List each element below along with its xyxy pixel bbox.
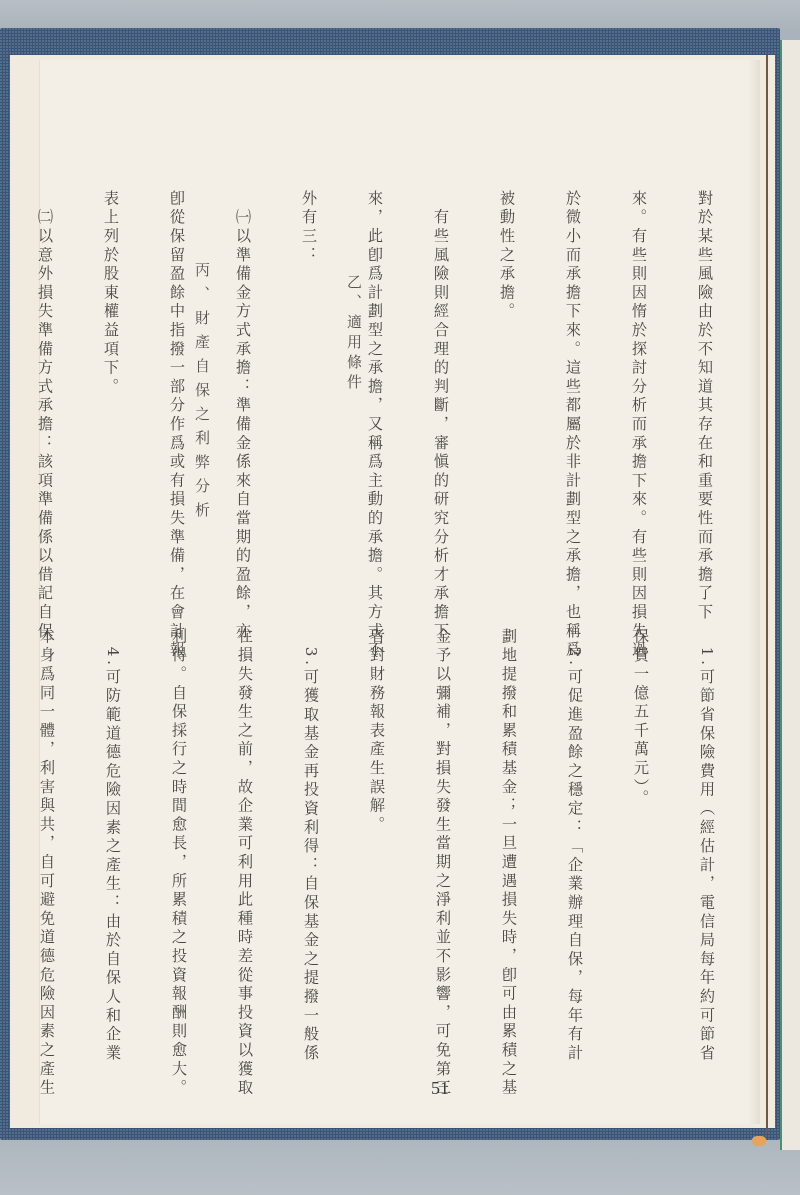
top-text-block: 對於某些風險由於不知道其存在和重要性而承擔了下 來。有些則因惰於探討分析而承擔下… xyxy=(0,190,760,660)
paper-stain xyxy=(752,1136,766,1146)
text-column: 來，此卽爲計劃型之承擔，又稱爲主動的承擔。其方式不 xyxy=(364,190,386,660)
section-heading-applicable-conditions: 乙、適用條件 xyxy=(344,274,365,394)
spine-fold-line xyxy=(766,55,768,1133)
text-column: 2.可促進盈餘之穩定：「企業辦理自保，每年有計 xyxy=(564,628,586,1098)
text-column: 卽從保留盈餘中指撥一部分作爲或有損失準備，在會計報 xyxy=(166,190,188,660)
text-column: 保費一億五千萬元）。 xyxy=(630,628,652,1098)
text-column: 4.可防範道德危險因素之產生：由於自保人和企業 xyxy=(102,628,124,1098)
text-column: 本身爲同一體，利害與共，自可避免道德危險因素之產生 xyxy=(36,628,58,1098)
text-column: 1.可節省保險費用（經估計，電信局每年約可節省 xyxy=(696,628,718,1098)
text-column: 在損失發生之前，故企業可利用此種時差從事投資以獲取 xyxy=(234,628,256,1098)
section-heading-pros-cons-analysis: 丙、財產自保之利弊分析 xyxy=(192,262,213,526)
text-column: 表上列於股東權益項下。 xyxy=(100,190,122,660)
facing-page-edge xyxy=(782,40,800,1150)
text-column: 3.可獲取基金再投資利得：自保基金之提撥一般係 xyxy=(300,628,322,1098)
text-column: 劃地提撥和累積基金；一旦遭遇損失時，卽可由累積之基 xyxy=(498,628,520,1098)
text-column: 被動性之承擔。 xyxy=(496,190,518,660)
text-column: 金予以彌補，對損失發生當期之淨利並不影響，可免第三 xyxy=(432,628,454,1098)
backdrop-bottom xyxy=(0,1140,800,1195)
text-column: 外有三： xyxy=(298,190,320,660)
text-column: ㈠以準備金方式承擔：準備金係來自當期的盈餘，亦 xyxy=(232,190,254,660)
text-column: 有些風險則經合理的判斷，審愼的研究分析才承擔下 xyxy=(430,190,452,660)
backdrop-top xyxy=(0,0,800,30)
text-column: 來。有些則因惰於探討分析而承擔下來。有些則因損失過 xyxy=(628,190,650,660)
text-column: 於微小而承擔下來。這些都屬於非計劃型之承擔，也稱爲 xyxy=(562,190,584,660)
text-column: 者對財務報表產生誤解。 xyxy=(366,628,388,1098)
page-number: 51 xyxy=(420,1078,460,1099)
text-column: 利得。自保採行之時間愈長，所累積之投資報酬則愈大。 xyxy=(168,628,190,1098)
bottom-text-block: 1.可節省保險費用（經估計，電信局每年約可節省 保費一億五千萬元）。 2.可促進… xyxy=(0,628,762,1098)
text-column: ㈡以意外損失準備方式承擔：該項準備係以借記自保 xyxy=(34,190,56,660)
spine-ribbon-line xyxy=(780,40,782,1150)
text-column: 對於某些風險由於不知道其存在和重要性而承擔了下 xyxy=(694,190,716,660)
